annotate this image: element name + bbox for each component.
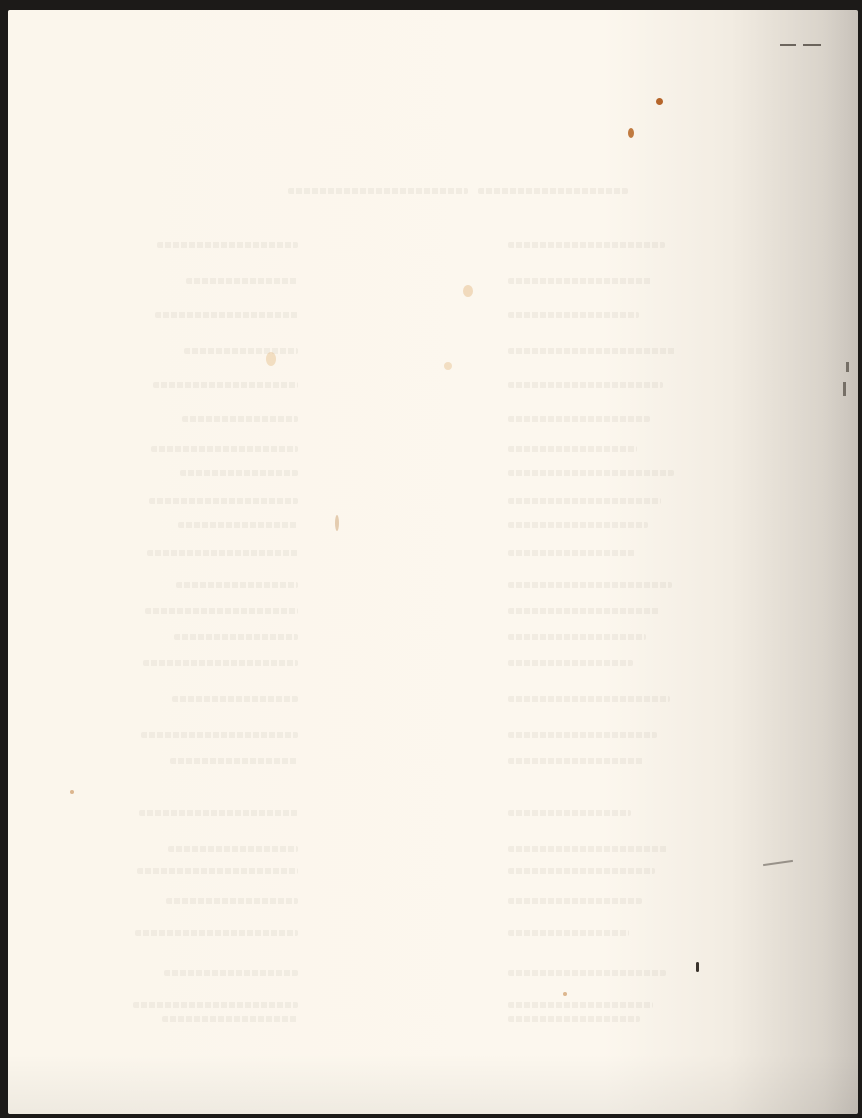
show-through-line	[508, 898, 642, 904]
show-through-line	[508, 810, 631, 816]
faint-stain	[335, 515, 339, 531]
show-through-line	[508, 868, 655, 874]
faint-stain	[563, 992, 567, 996]
show-through-line	[182, 416, 298, 422]
show-through-line	[178, 522, 298, 528]
show-through-line	[508, 522, 648, 528]
show-through-line	[137, 868, 298, 874]
faint-stain	[266, 352, 276, 366]
show-through-line	[508, 498, 661, 504]
show-through-line	[172, 696, 298, 702]
show-through-line	[149, 498, 298, 504]
show-through-line	[139, 810, 298, 816]
faint-stain	[463, 285, 473, 297]
show-through-line	[155, 312, 298, 318]
show-through-line	[508, 278, 652, 284]
ink-mark	[696, 962, 699, 972]
rust-stain	[628, 128, 634, 138]
show-through-line	[508, 416, 650, 422]
page-shadow	[8, 1054, 858, 1114]
show-through-line	[508, 242, 665, 248]
show-through-line	[508, 930, 629, 936]
show-through-line	[174, 634, 298, 640]
show-through-line	[508, 608, 659, 614]
faint-stain	[70, 790, 74, 794]
show-through-line	[147, 550, 298, 556]
show-through-line	[508, 660, 633, 666]
ink-mark	[803, 44, 821, 46]
ink-mark	[846, 362, 849, 372]
show-through-line	[153, 382, 298, 388]
show-through-line	[508, 732, 657, 738]
show-through-line	[151, 446, 298, 452]
show-through-line	[478, 188, 628, 194]
show-through-line	[164, 970, 298, 976]
ink-mark	[843, 382, 846, 396]
show-through-line	[508, 470, 674, 476]
show-through-line	[184, 348, 298, 354]
show-through-line	[508, 1016, 640, 1022]
show-through-line	[143, 660, 298, 666]
show-through-line	[508, 582, 672, 588]
show-through-line	[508, 634, 646, 640]
show-through-line	[508, 382, 663, 388]
show-through-line	[162, 1016, 298, 1022]
show-through-line	[508, 446, 637, 452]
show-through-line	[180, 470, 298, 476]
show-through-line	[288, 188, 468, 194]
show-through-line	[168, 846, 298, 852]
faint-stain	[444, 362, 452, 370]
show-through-line	[170, 758, 298, 764]
show-through-line	[141, 732, 298, 738]
show-through-line	[508, 696, 670, 702]
show-through-line	[508, 348, 676, 354]
show-through-line	[157, 242, 298, 248]
show-through-line	[508, 1002, 653, 1008]
show-through-texture	[8, 10, 858, 1114]
show-through-line	[176, 582, 298, 588]
show-through-line	[508, 846, 668, 852]
show-through-line	[186, 278, 298, 284]
show-through-line	[508, 312, 639, 318]
show-through-line	[145, 608, 298, 614]
ink-mark	[780, 44, 796, 46]
show-through-line	[508, 758, 644, 764]
show-through-line	[135, 930, 298, 936]
rust-stain	[656, 98, 663, 105]
show-through-line	[166, 898, 298, 904]
scanned-page	[8, 10, 858, 1114]
show-through-line	[133, 1002, 298, 1008]
show-through-line	[508, 550, 635, 556]
show-through-line	[508, 970, 666, 976]
